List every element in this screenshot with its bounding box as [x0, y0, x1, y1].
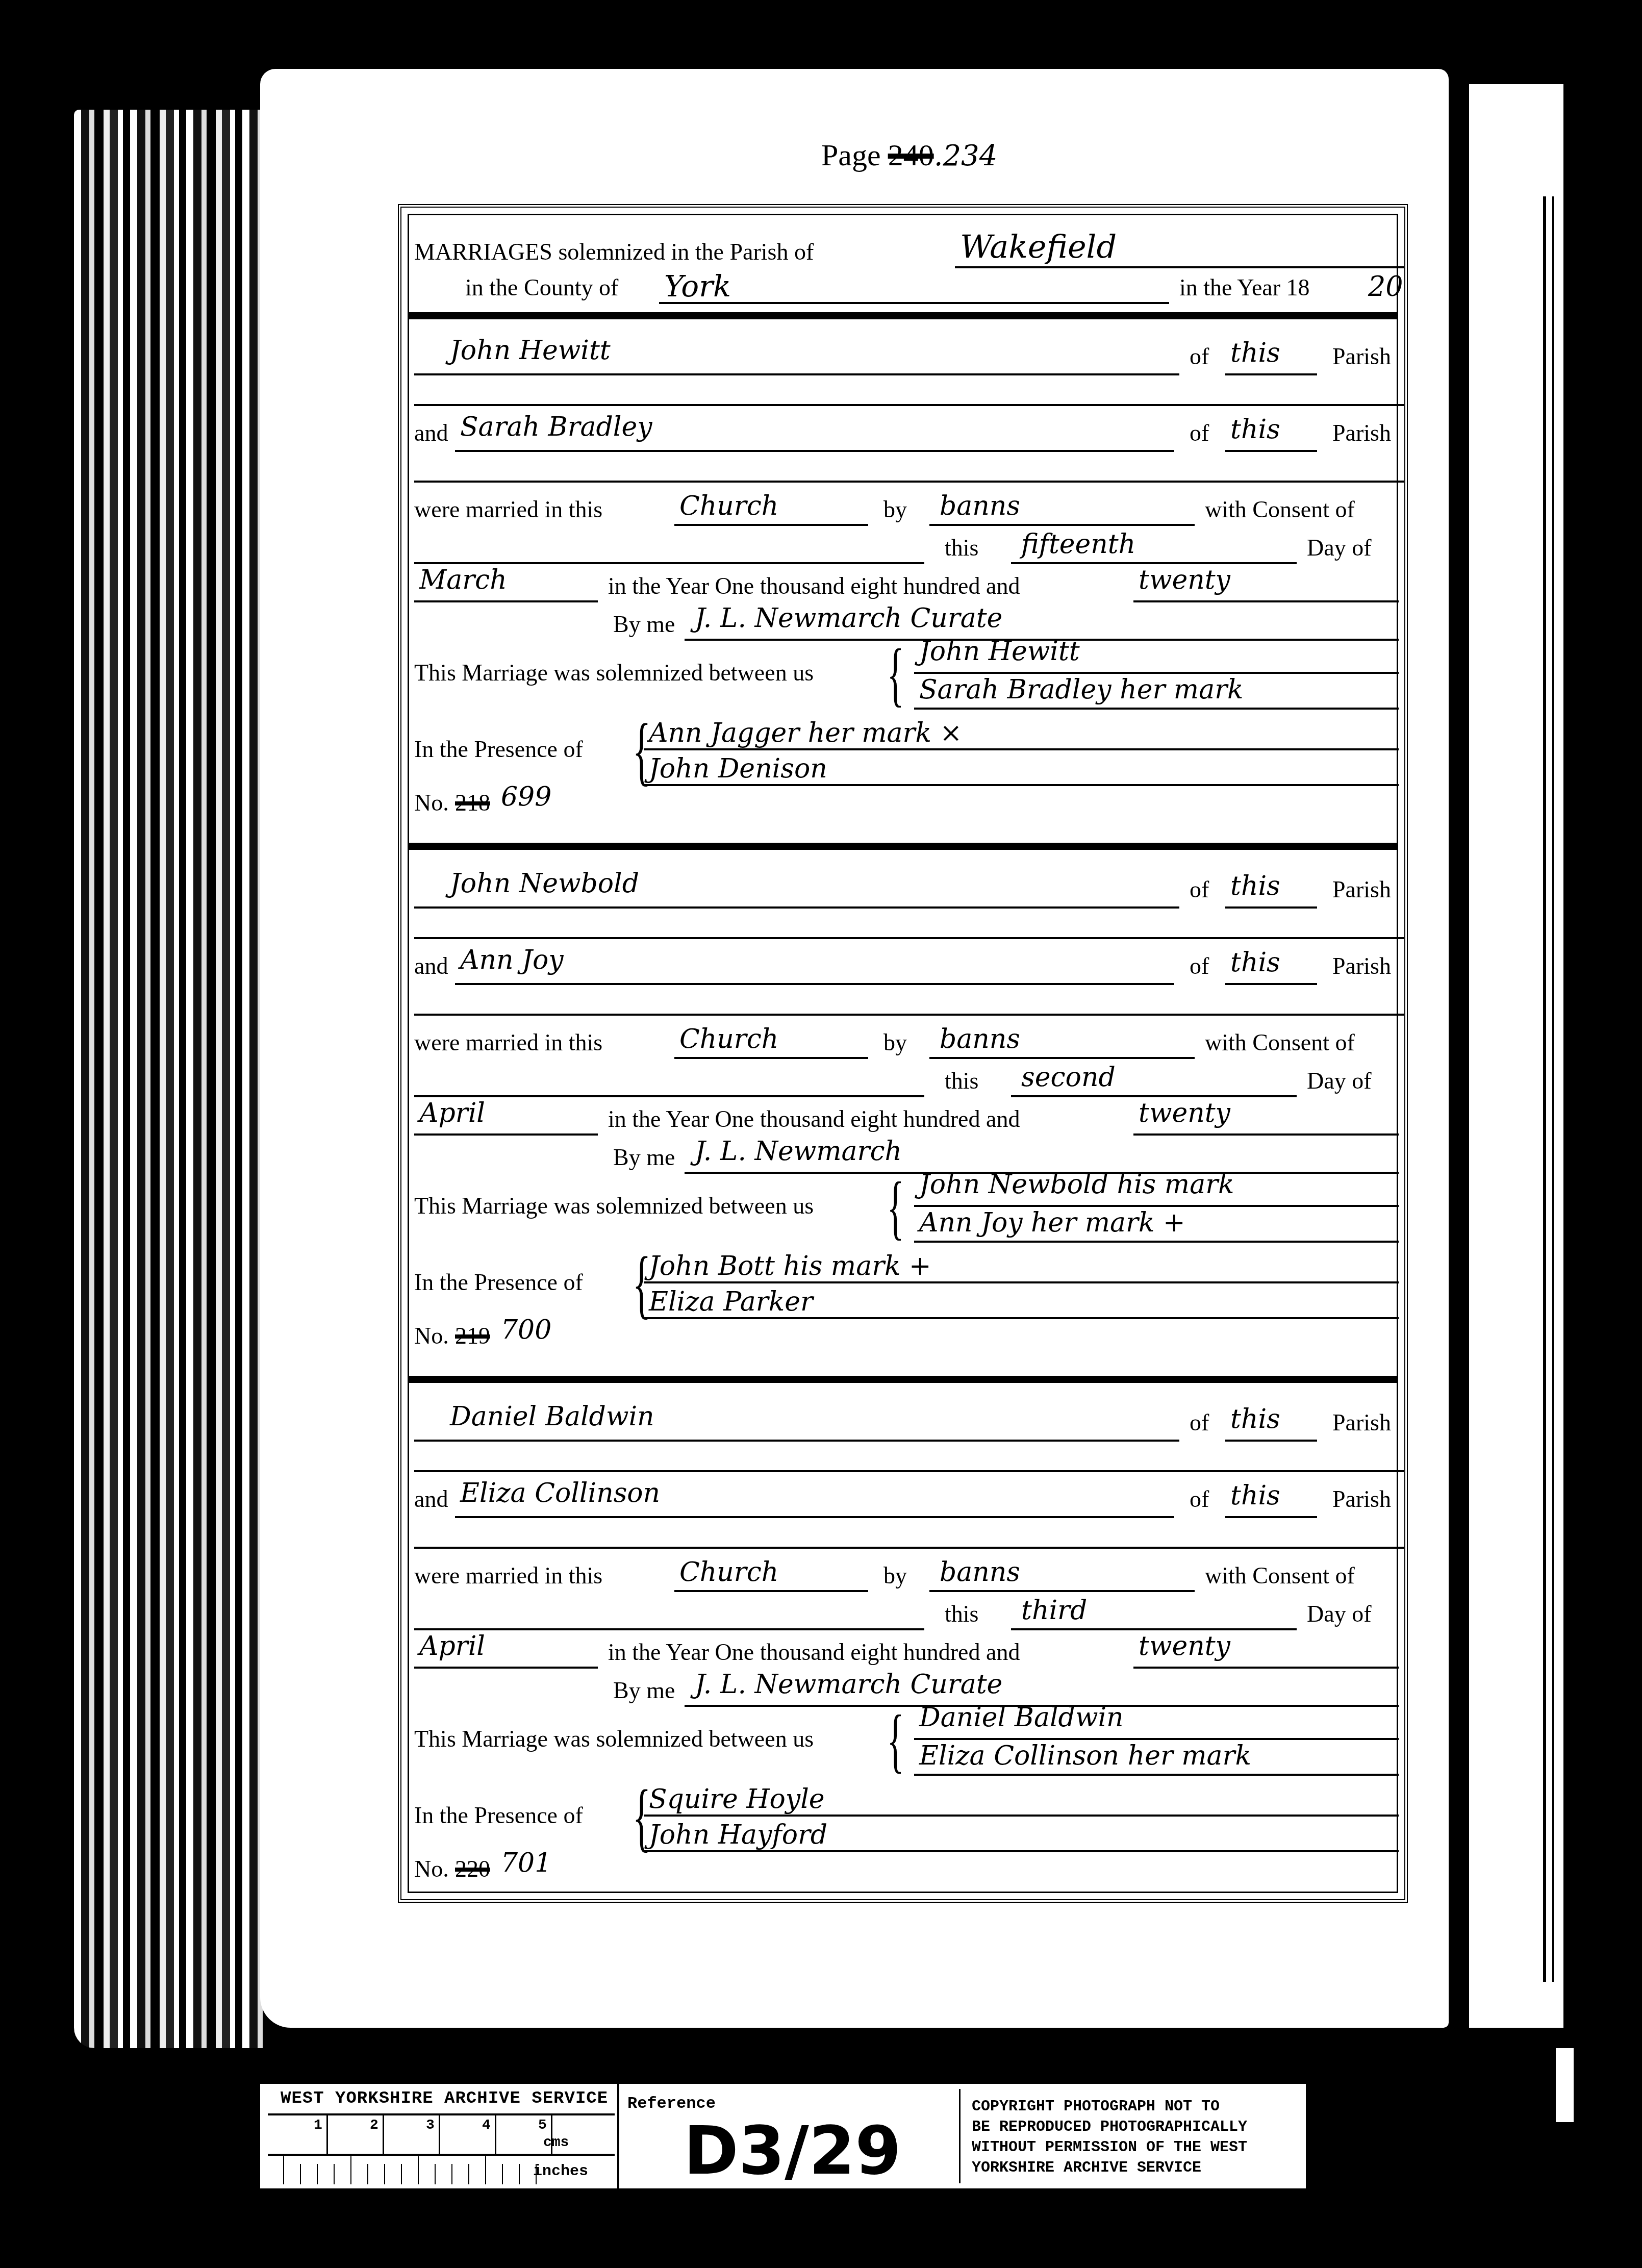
ruler-tick [350, 2156, 351, 2184]
brace: { [633, 713, 651, 789]
entry-number: 699 [501, 782, 551, 812]
label-parish: Parish [1332, 1485, 1391, 1513]
inch-ruler [268, 2154, 569, 2184]
ruler-tick [435, 2164, 436, 2184]
ruler-tick [418, 2156, 419, 2184]
label-this: this [945, 1600, 978, 1627]
witness-1: Squire Hoyle [649, 1784, 825, 1815]
ruler-number: 1 [314, 2118, 322, 2133]
label-day-of: Day of [1307, 534, 1371, 561]
bride-name: Ann Joy [460, 945, 564, 975]
label-parish: Parish [1332, 1409, 1391, 1436]
officiant-name: J. L. Newmarch [695, 1136, 902, 1167]
form-rule [455, 983, 1174, 985]
ruler-tick [519, 2164, 520, 2184]
label-no: No. [414, 1322, 449, 1349]
form-rule [414, 906, 1179, 909]
marriage-entry: John NewboldofthisParishandAnn Joyofthis… [409, 853, 1397, 1386]
party-signature-1: John Hewitt [919, 636, 1080, 667]
form-rule [1225, 906, 1317, 909]
bride-parish: this [1230, 414, 1280, 445]
ruler-number: 4 [482, 2118, 491, 2133]
label-were-married: were married in this [414, 1029, 602, 1056]
bride-parish: this [1230, 947, 1280, 978]
marriage-month: April [419, 1631, 485, 1661]
form-rule [644, 1281, 1399, 1283]
ruler-number: 5 [538, 2118, 547, 2133]
form-rule [674, 1590, 868, 1592]
label-of: of [1190, 876, 1209, 903]
brace: { [633, 1246, 651, 1322]
marriage-year-word: twenty [1139, 1631, 1230, 1661]
marriage-day: fifteenth [1021, 529, 1135, 560]
page-gutter [1451, 82, 1469, 2035]
form-rule [914, 708, 1399, 710]
form-rule [644, 1850, 1399, 1852]
form-rule [914, 1205, 1399, 1207]
marriage-month: April [419, 1098, 485, 1128]
header-parish: Wakefield [960, 228, 1117, 265]
form-rule [1225, 983, 1317, 985]
form-rule [914, 1241, 1399, 1243]
party-signature-1: John Newbold his mark [919, 1169, 1234, 1200]
bride-name: Eliza Collinson [460, 1478, 660, 1508]
header-line1: MARRIAGES solemnized in the Parish of [414, 238, 814, 265]
label-parish: Parish [1332, 343, 1391, 370]
form-rule [674, 524, 868, 526]
form-rule [414, 600, 598, 602]
marriage-year-word: twenty [1139, 565, 1230, 595]
form-rule [1133, 1667, 1399, 1669]
label-presence-of: In the Presence of [414, 1269, 583, 1296]
label-and: and [414, 952, 448, 979]
form-rule [1225, 450, 1317, 452]
form-rule [414, 1470, 1404, 1472]
ruler-tick [300, 2164, 301, 2184]
section-divider [409, 843, 1397, 850]
party-signature-2: Ann Joy her mark + [919, 1207, 1185, 1238]
marriage-place: Church [679, 491, 778, 521]
ruler-tick [485, 2156, 486, 2184]
reference-value: D3/29 [684, 2112, 901, 2189]
label-divider [617, 2084, 619, 2188]
brace: { [887, 639, 904, 710]
brace: { [887, 1172, 904, 1243]
form-rule [1133, 1133, 1399, 1136]
groom-parish: this [1230, 1404, 1280, 1434]
label-were-married: were married in this [414, 1562, 602, 1589]
groom-name: John Hewitt [450, 335, 611, 366]
form-rule [1225, 373, 1317, 375]
reference-label: Reference [627, 2094, 716, 2113]
form-rule [644, 1317, 1399, 1319]
label-solemnized-between: This Marriage was solemnized between us [414, 1725, 814, 1752]
marriage-entry: Daniel BaldwinofthisParishandEliza Colli… [409, 1386, 1397, 1919]
header-year-label: in the Year 18 [1179, 274, 1310, 301]
entry-number: 701 [501, 1848, 551, 1878]
form-rule [914, 1774, 1399, 1776]
label-parish: Parish [1332, 419, 1391, 446]
header-line2: in the County of [465, 274, 618, 301]
label-of: of [1190, 419, 1209, 446]
label-by-me: By me [613, 611, 675, 638]
ruler-tick [468, 2164, 469, 2184]
marriage-month: March [419, 565, 507, 595]
label-no: No. [414, 1855, 449, 1882]
ruler-tick [439, 2115, 440, 2154]
ruler-number: 3 [426, 2118, 435, 2133]
form-rule [1225, 1440, 1317, 1442]
label-and: and [414, 419, 448, 446]
book-page-edges [74, 110, 263, 2048]
witness-1: Ann Jagger her mark × [649, 718, 962, 748]
form-rule [644, 784, 1399, 786]
form-rule [414, 404, 1404, 406]
groom-parish: this [1230, 338, 1280, 368]
form-rule [414, 1667, 598, 1669]
form-rule [929, 524, 1195, 526]
label-of: of [1190, 1485, 1209, 1513]
entry-number-struck: 218 [455, 789, 490, 816]
facing-page-border [1543, 196, 1554, 1982]
label-in-the-year: in the Year One thousand eight hundred a… [608, 1105, 1020, 1132]
form-rule [914, 672, 1399, 674]
form-inner-border: MARRIAGES solemnized in the Parish of Wa… [408, 214, 1398, 1893]
label-by-me: By me [613, 1677, 675, 1704]
label-parish: Parish [1332, 952, 1391, 979]
ruler-tick [317, 2164, 318, 2184]
header-year: 20 [1368, 270, 1403, 303]
form-rule [685, 639, 1399, 641]
party-signature-1: Daniel Baldwin [919, 1702, 1124, 1733]
form-rule [1225, 1516, 1317, 1518]
witness-2: John Denison [649, 753, 827, 784]
bride-name: Sarah Bradley [460, 412, 652, 442]
party-signature-2: Sarah Bradley her mark [919, 674, 1244, 705]
label-divider [959, 2089, 961, 2183]
label-of: of [1190, 343, 1209, 370]
ruler-tick [283, 2156, 284, 2184]
groom-name: Daniel Baldwin [450, 1401, 654, 1432]
form-rule [414, 373, 1179, 375]
ruler-tick [334, 2164, 335, 2184]
form-rule [414, 1440, 1179, 1442]
label-by: by [883, 1562, 907, 1589]
label-by: by [883, 496, 907, 523]
facing-label-tab [1554, 2048, 1574, 2122]
form-rule [1133, 600, 1399, 602]
ruler-tick [384, 2164, 385, 2184]
form-rule [414, 1547, 1404, 1549]
officiant-name: J. L. Newmarch Curate [695, 1669, 1002, 1700]
section-divider [409, 1376, 1397, 1383]
page-label: Page [821, 138, 881, 172]
party-signature-2: Eliza Collinson her mark [919, 1741, 1251, 1771]
brace: { [633, 1779, 651, 1855]
officiant-name: J. L. Newmarch Curate [695, 603, 1002, 634]
entry-number: 700 [501, 1315, 551, 1345]
form-rule [414, 1628, 924, 1630]
form-rule [1011, 1628, 1297, 1630]
label-with-consent: with Consent of [1205, 496, 1355, 523]
label-by-me: By me [613, 1144, 675, 1171]
ruler-tick [401, 2164, 402, 2184]
form-rule [1011, 562, 1297, 564]
page-number-struck: 240 [888, 138, 934, 172]
ruler-tick [451, 2164, 452, 2184]
form-rule [1011, 1095, 1297, 1097]
ruler-tick [383, 2115, 384, 2154]
label-solemnized-between: This Marriage was solemnized between us [414, 1192, 814, 1219]
form-rule [914, 1738, 1399, 1740]
form-rule [644, 748, 1399, 750]
groom-name: John Newbold [450, 868, 639, 899]
bride-parish: this [1230, 1480, 1280, 1511]
label-this: this [945, 1067, 978, 1094]
brace: { [887, 1705, 904, 1776]
marriage-place: Church [679, 1024, 778, 1054]
marriage-by: banns [940, 1557, 1020, 1587]
marriage-by: banns [940, 1024, 1020, 1054]
label-were-married: were married in this [414, 496, 602, 523]
entry-number-struck: 219 [455, 1322, 490, 1349]
label-in-the-year: in the Year One thousand eight hundred a… [608, 1639, 1020, 1666]
ruler-tick [502, 2164, 503, 2184]
copyright-notice: COPYRIGHT PHOTOGRAPH NOT TO BE REPRODUCE… [972, 2097, 1247, 2178]
label-solemnized-between: This Marriage was solemnized between us [414, 659, 814, 686]
ruler-tick [367, 2164, 368, 2184]
ruler-number: 2 [370, 2118, 378, 2133]
label-of: of [1190, 952, 1209, 979]
form-rule [414, 562, 924, 564]
form-rule [414, 937, 1404, 939]
label-presence-of: In the Presence of [414, 1802, 583, 1829]
header-county: York [664, 269, 731, 304]
archive-service-name: WEST YORKSHIRE ARCHIVE SERVICE [281, 2089, 608, 2108]
marriage-place: Church [679, 1557, 778, 1587]
label-with-consent: with Consent of [1205, 1562, 1355, 1589]
marriage-register-form: MARRIAGES solemnized in the Parish of Wa… [398, 204, 1408, 1903]
page-number: Page240.234 [821, 138, 997, 173]
form-rule [644, 1815, 1399, 1817]
cms-label: cms [543, 2135, 569, 2151]
label-by: by [883, 1029, 907, 1056]
form-rule [929, 1590, 1195, 1592]
form-rule [929, 1057, 1195, 1059]
marriage-by: banns [940, 491, 1020, 521]
label-no: No. [414, 789, 449, 816]
label-day-of: Day of [1307, 1600, 1371, 1627]
form-rule [455, 450, 1174, 452]
entry-number-struck: 220 [455, 1855, 490, 1882]
label-presence-of: In the Presence of [414, 736, 583, 763]
form-rule [414, 1014, 1404, 1016]
label-in-the-year: in the Year One thousand eight hundred a… [608, 572, 1020, 599]
section-divider [409, 312, 1397, 319]
inches-label: inches [533, 2163, 588, 2180]
form-rule [455, 1516, 1174, 1518]
ruler-tick [326, 2115, 328, 2154]
page-number-handwritten: .234 [934, 139, 998, 172]
form-rule [685, 1705, 1399, 1707]
form-rule [685, 1172, 1399, 1174]
groom-parish: this [1230, 871, 1280, 901]
marriage-year-word: twenty [1139, 1098, 1230, 1128]
form-rule [414, 1133, 598, 1136]
marriage-day: second [1021, 1062, 1116, 1093]
label-parish: Parish [1332, 876, 1391, 903]
marriage-day: third [1021, 1595, 1087, 1626]
archive-label: WEST YORKSHIRE ARCHIVE SERVICE 12345 cms… [260, 2084, 1306, 2188]
witness-2: John Hayford [649, 1820, 827, 1850]
form-rule [674, 1057, 868, 1059]
label-day-of: Day of [1307, 1067, 1371, 1094]
form-rule [414, 1095, 924, 1097]
label-and: and [414, 1485, 448, 1513]
form-rule [414, 481, 1404, 483]
label-with-consent: with Consent of [1205, 1029, 1355, 1056]
label-of: of [1190, 1409, 1209, 1436]
ruler-tick [495, 2115, 496, 2154]
witness-2: Eliza Parker [649, 1287, 813, 1317]
marriage-entry: John HewittofthisParishandSarah Bradleyo… [409, 320, 1397, 853]
label-this: this [945, 534, 978, 561]
witness-1: John Bott his mark + [649, 1251, 931, 1281]
